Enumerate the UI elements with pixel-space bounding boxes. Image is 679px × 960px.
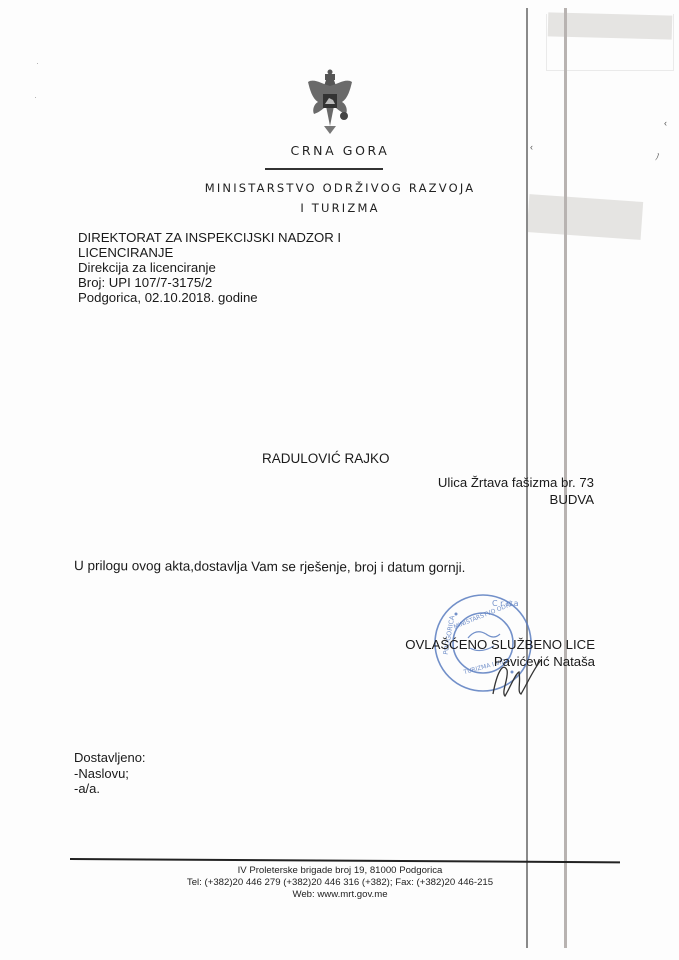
- ministry-name: MINISTARSTVO ODRŽIVOG RAZVOJA I TURIZMA: [180, 178, 500, 218]
- reference-number: Broj: UPI 107/7-3175/2: [78, 275, 341, 290]
- scan-mark: ﾉ: [655, 150, 660, 163]
- footer-address: IV Proleterske brigade broj 19, 81000 Po…: [140, 865, 540, 877]
- delivery-label: Dostavljeno:: [74, 750, 146, 766]
- recipient-city: BUDVA: [420, 491, 594, 508]
- place-date: Podgorica, 02.10.2018. godine: [78, 290, 341, 305]
- delivery-item: -a/a.: [74, 781, 146, 797]
- ministry-line-2: I TURIZMA: [180, 198, 500, 218]
- scan-tape-artifact: [527, 194, 643, 240]
- footer-divider: [70, 858, 620, 863]
- scan-mark: ‹: [664, 118, 667, 128]
- footer: IV Proleterske brigade broj 19, 81000 Po…: [140, 865, 540, 901]
- scan-mark: ‹: [530, 142, 533, 152]
- footer-web: Web: www.mrt.gov.me: [140, 889, 540, 901]
- recipient-street: Ulica Žrtava fašizma br. 73: [420, 474, 594, 491]
- ministry-line-1: MINISTARSTVO ODRŽIVOG RAZVOJA: [180, 178, 500, 198]
- department: Direkcija za licenciranje: [78, 260, 341, 275]
- handwritten-signature-icon: [487, 652, 547, 702]
- delivery-list: Dostavljeno: -Naslovu; -a/a.: [74, 750, 146, 797]
- delivery-item: -Naslovu;: [74, 766, 146, 782]
- letterhead-divider: [265, 168, 383, 170]
- recipient-address: Ulica Žrtava fašizma br. 73 BUDVA: [420, 474, 594, 508]
- country-name: CRNA GORA: [280, 143, 400, 158]
- signer-title: OVLAŠĆENO SLUŽBENO LICE: [399, 636, 595, 653]
- directorate-line-1: DIREKTORAT ZA INSPEKCIJSKI NADZOR I: [78, 230, 341, 245]
- sender-block: DIREKTORAT ZA INSPEKCIJSKI NADZOR I LICE…: [78, 230, 341, 305]
- scan-mark: ·: [34, 92, 37, 102]
- directorate-line-2: LICENCIRANJE: [78, 245, 341, 260]
- svg-text:MINISTARSTVO ODRŽ: MINISTARSTVO ODRŽ: [452, 599, 515, 630]
- coat-of-arms-icon: [304, 68, 356, 138]
- scan-mark: ·: [36, 58, 39, 68]
- letter-body: U prilogu ovog akta,dostavlja Vam se rje…: [74, 558, 466, 575]
- recipient-name: RADULOVIĆ RAJKO: [262, 451, 390, 466]
- footer-phones: Tel: (+382)20 446 279 (+382)20 446 316 (…: [140, 877, 540, 889]
